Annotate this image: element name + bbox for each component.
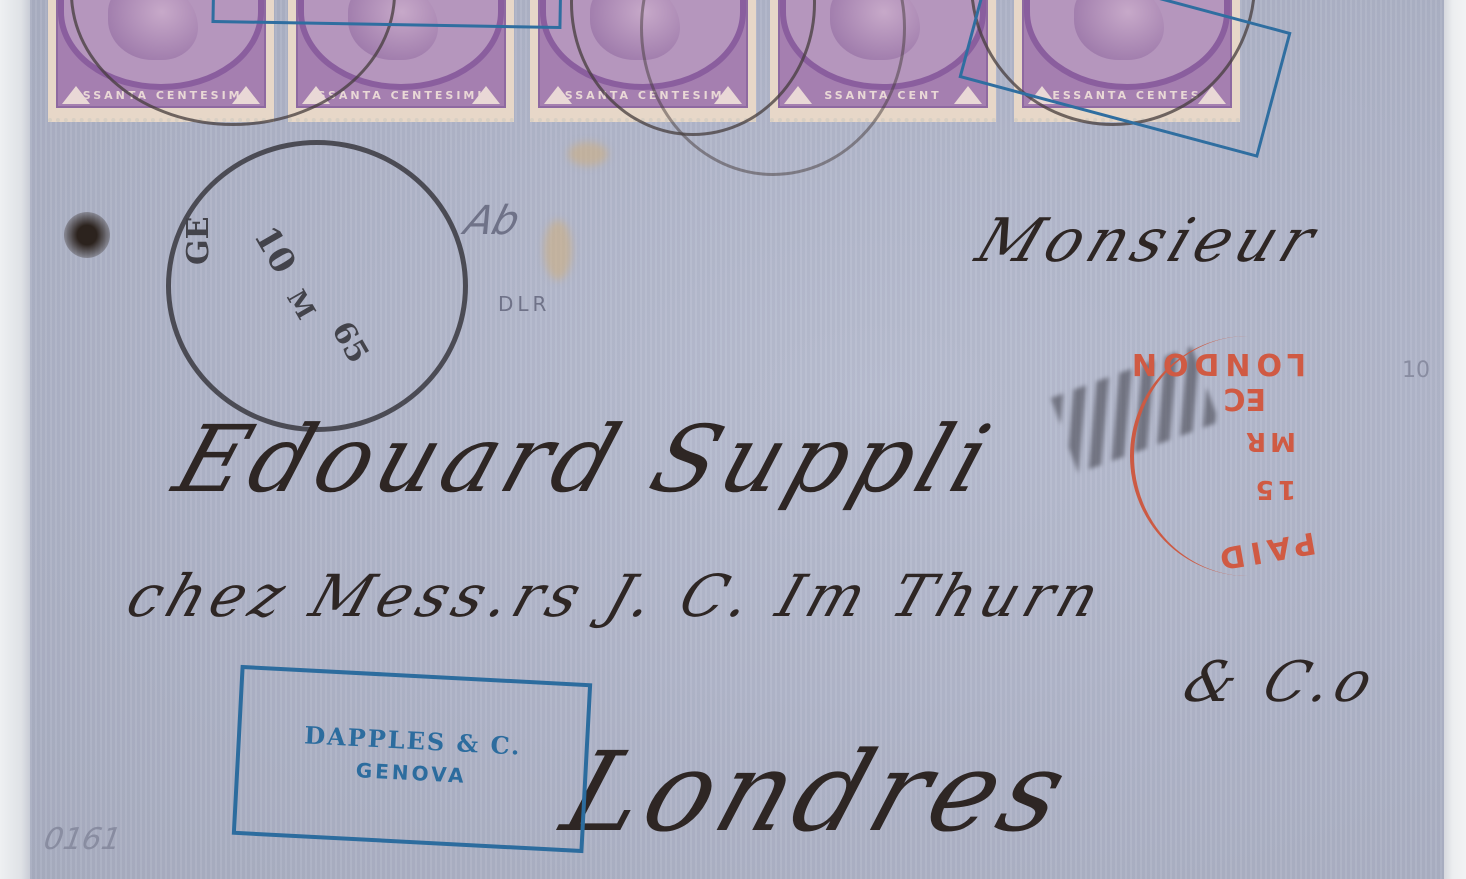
pencil-inventory-number: 0161 <box>38 822 127 857</box>
postmark-day: 10 <box>246 220 304 281</box>
care-of-line: chez Mess.rs J. C. Im Thurn <box>119 562 1113 630</box>
postmark-town: GE <box>181 217 216 266</box>
pencil-initials: Ab <box>455 198 529 244</box>
addressee-name: Edouard Suppli <box>163 406 1008 513</box>
ink-blot <box>64 212 110 258</box>
stamp-cancel-ring <box>640 0 906 176</box>
postmark-day: 15 <box>1252 474 1296 504</box>
postmark-month: MR <box>1242 426 1296 456</box>
company-suffix: & C.o <box>1175 650 1386 715</box>
scan-right-margin <box>1444 0 1466 879</box>
blue-boxed-cancel <box>958 0 1291 158</box>
paper-stain <box>544 220 572 280</box>
postmark-paid: PAID <box>1211 524 1318 576</box>
firm-handstamp: DAPPLES & C. GENOVA <box>232 665 592 853</box>
pencil-dealer-mark: DLR <box>498 292 550 316</box>
london-paid-postmark: PAID 15 MR EC LONDON <box>1130 336 1366 576</box>
genova-postmark: GE 10 M 65 <box>166 140 468 432</box>
postmark-month: M <box>280 285 320 325</box>
scan-left-margin <box>0 0 30 879</box>
letter-sheet: ESSANTA CENTESIMI SSANTA CENTESIMI ESSAN… <box>30 0 1444 879</box>
postmark-district: EC <box>1223 381 1266 416</box>
postmark-year: 65 <box>324 316 375 370</box>
postmark-city: LONDON <box>1126 346 1306 381</box>
pencil-margin-number: 10 <box>1402 358 1430 383</box>
salutation-text: Monsieur <box>967 206 1329 276</box>
destination-city: Londres <box>549 728 1087 856</box>
paper-stain <box>568 142 608 166</box>
